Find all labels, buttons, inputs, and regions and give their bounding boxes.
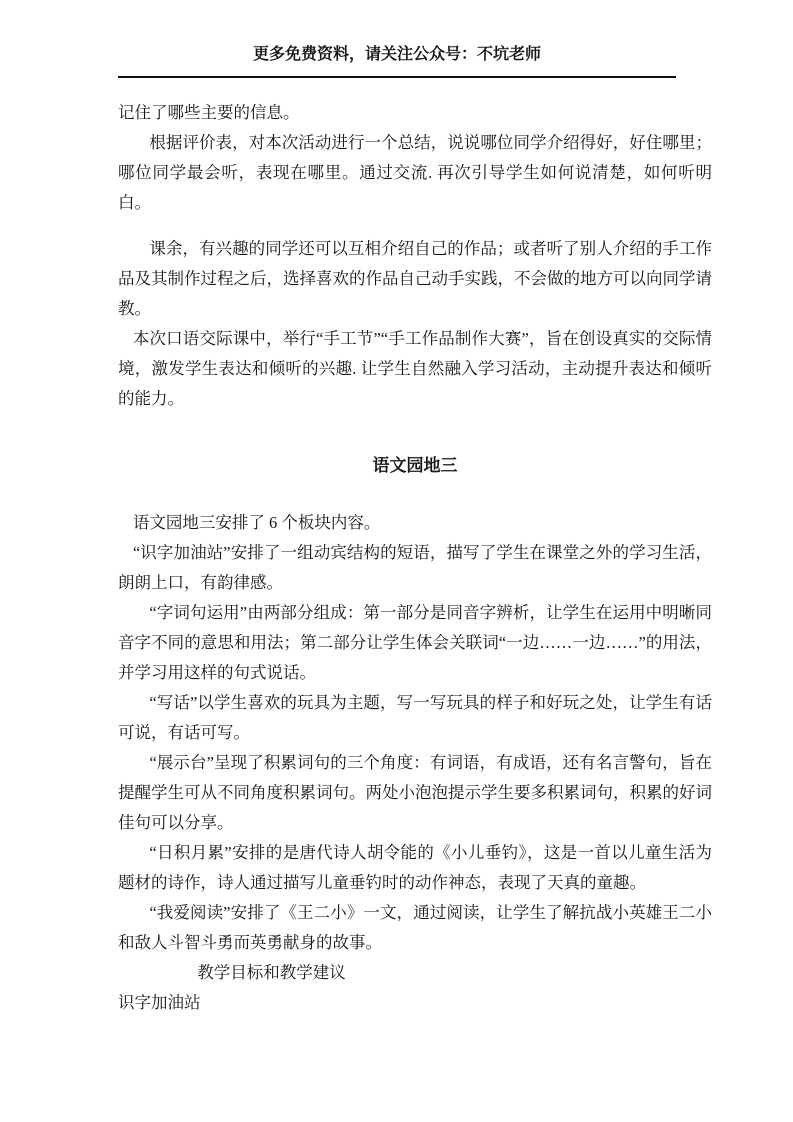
line-teaching-goals: 教学目标和教学建议 bbox=[118, 958, 712, 988]
paragraph-after-class: 课余，有兴趣的同学还可以互相介绍自己的作品；或者听了别人介绍的手工作品及其制作过… bbox=[118, 234, 712, 324]
paragraph-oral-communication: 本次口语交际课中，举行“手工节”“手工作品制作大赛”，旨在创设真实的交际情境，激… bbox=[118, 324, 712, 414]
paragraph-continuation: 记住了哪些主要的信息。 bbox=[118, 98, 712, 128]
header-text: 更多免费资料，请关注公众号：不坑老师 bbox=[253, 46, 541, 63]
paragraph-overview: 语文园地三安排了 6 个板块内容。 bbox=[118, 508, 712, 538]
document-body: 记住了哪些主要的信息。 根据评价表，对本次活动进行一个总结，说说哪位同学介绍得好… bbox=[118, 98, 712, 1018]
paragraph-rijiyuelei: “日积月累”安排的是唐代诗人胡令能的《小儿垂钓》，这是一首以儿童生活为题材的诗作… bbox=[118, 838, 712, 898]
paragraph-summary-activity: 根据评价表，对本次活动进行一个总结，说说哪位同学介绍得好，好住哪里；哪位同学最会… bbox=[118, 128, 712, 218]
document-page: 更多免费资料，请关注公众号：不坑老师 记住了哪些主要的信息。 根据评价表，对本次… bbox=[0, 0, 793, 1122]
page-header: 更多免费资料，请关注公众号：不坑老师 bbox=[118, 44, 676, 78]
paragraph-xiehua: “写话”以学生喜欢的玩具为主题，写一写玩具的样子和好玩之处，让学生有话可说，有话… bbox=[118, 688, 712, 748]
section-title: 语文园地三 bbox=[118, 454, 712, 478]
paragraph-woaiyuedu: “我爱阅读”安排了《王二小》一文，通过阅读，让学生了解抗战小英雄王二小和敌人斗智… bbox=[118, 898, 712, 958]
paragraph-zhanshitai: “展示台”呈现了积累词句的三个角度：有词语，有成语，还有名言警句，旨在提醒学生可… bbox=[118, 748, 712, 838]
paragraph-shizi-jiayouzhan: “识字加油站”安排了一组动宾结构的短语，描写了学生在课堂之外的学习生活，朗朗上口… bbox=[118, 538, 712, 598]
paragraph-zicijuyunyong: “字词句运用”由两部分组成：第一部分是同音字辨析，让学生在运用中明晰同音字不同的… bbox=[118, 598, 712, 688]
line-shizi-jiayouzhan: 识字加油站 bbox=[118, 988, 712, 1018]
